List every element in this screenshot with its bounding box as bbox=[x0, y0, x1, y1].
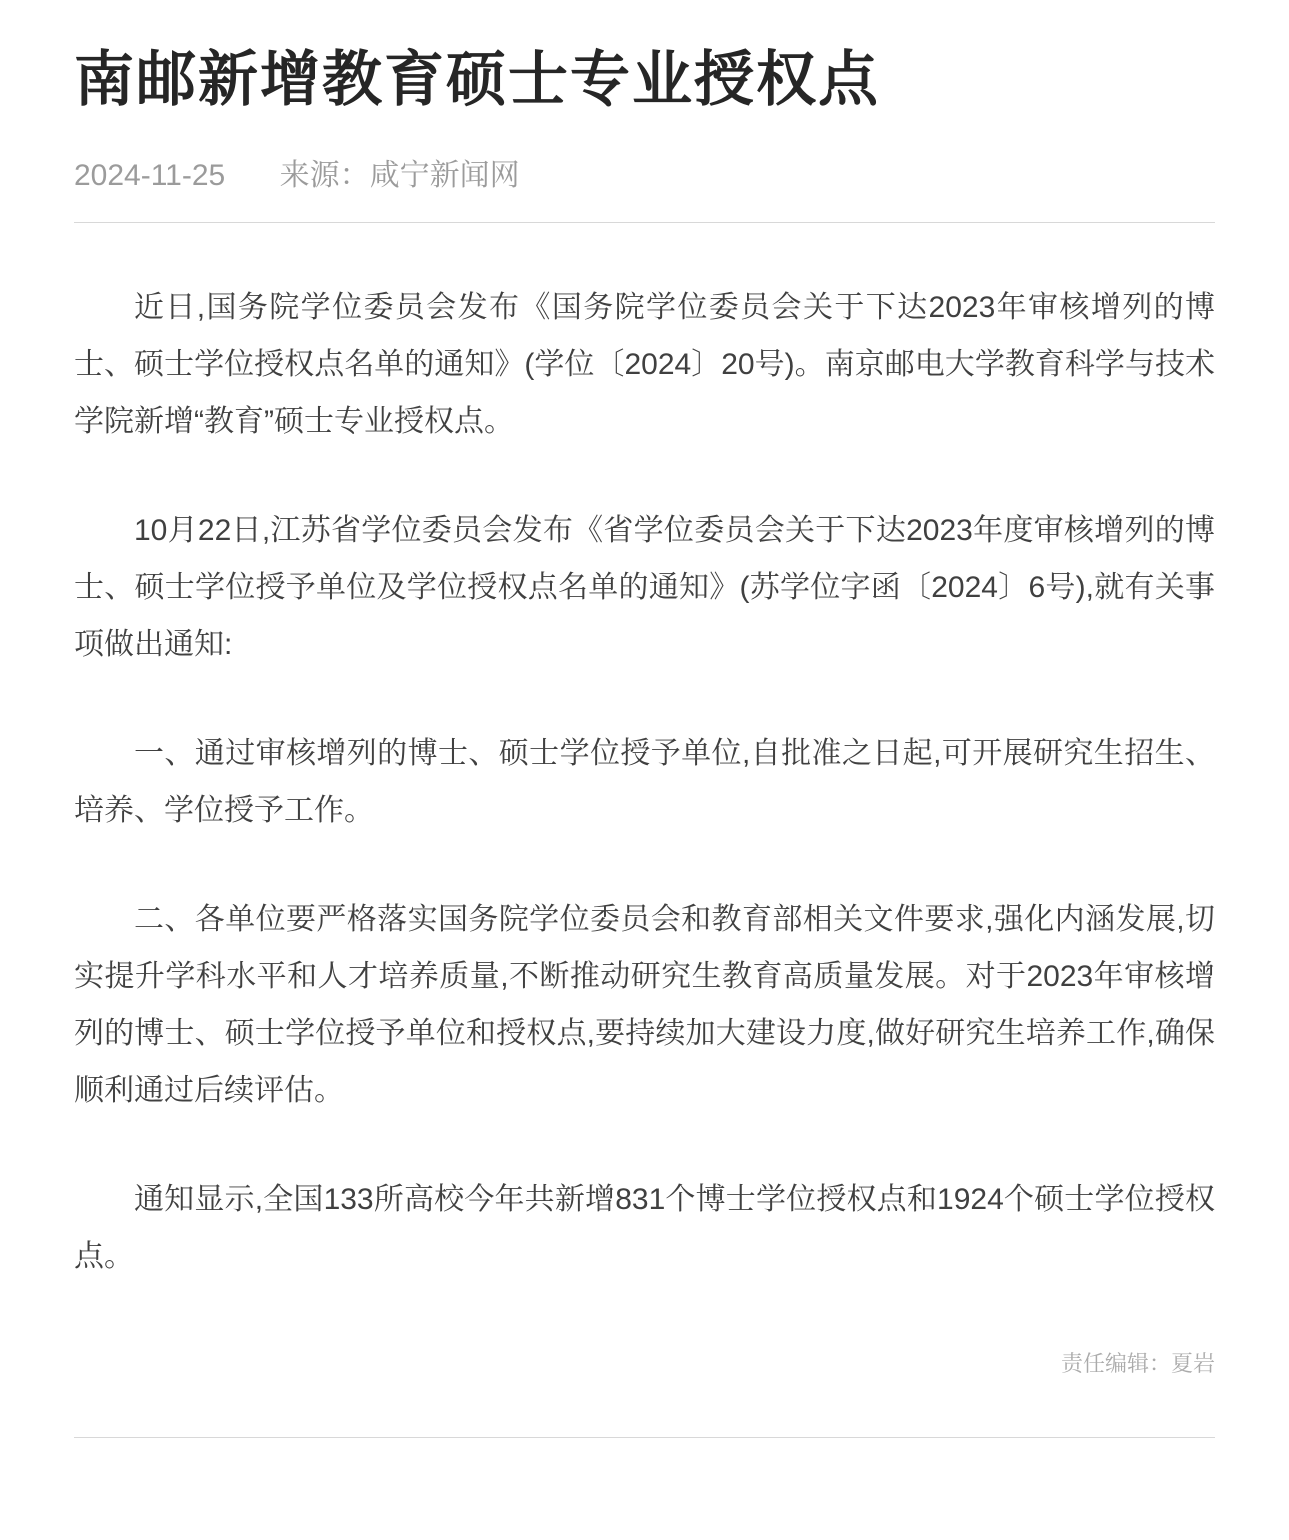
article-source: 来源：咸宁新闻网 bbox=[280, 159, 520, 192]
article-page: 南邮新增教育硕士专业授权点 2024-11-25 来源：咸宁新闻网 近日,国务院… bbox=[74, 44, 1215, 1496]
publish-date: 2024-11-25 bbox=[74, 159, 225, 192]
article-meta: 2024-11-25 来源：咸宁新闻网 bbox=[74, 156, 1215, 196]
editor-row: 责任编辑：夏岩 bbox=[74, 1349, 1215, 1379]
article-paragraph: 二、各单位要严格落实国务院学位委员会和教育部相关文件要求,强化内涵发展,切实提升… bbox=[74, 891, 1215, 1119]
editor-label: 责任编辑： bbox=[1061, 1351, 1171, 1376]
editor-name: 夏岩 bbox=[1171, 1351, 1215, 1376]
footer-divider bbox=[74, 1437, 1215, 1438]
article-paragraph: 近日,国务院学位委员会发布《国务院学位委员会关于下达2023年审核增列的博士、硕… bbox=[74, 279, 1215, 450]
source-name: 咸宁新闻网 bbox=[370, 159, 520, 192]
article-paragraph: 10月22日,江苏省学位委员会发布《省学位委员会关于下达2023年度审核增列的博… bbox=[74, 502, 1215, 673]
article-paragraph: 一、通过审核增列的博士、硕士学位授予单位,自批准之日起,可开展研究生招生、培养、… bbox=[74, 725, 1215, 839]
source-label: 来源： bbox=[280, 159, 370, 192]
article-body: 近日,国务院学位委员会发布《国务院学位委员会关于下达2023年审核增列的博士、硕… bbox=[74, 223, 1215, 1285]
article-title: 南邮新增教育硕士专业授权点 bbox=[74, 44, 1215, 116]
article-paragraph: 通知显示,全国133所高校今年共新增831个博士学位授权点和1924个硕士学位授… bbox=[74, 1171, 1215, 1285]
